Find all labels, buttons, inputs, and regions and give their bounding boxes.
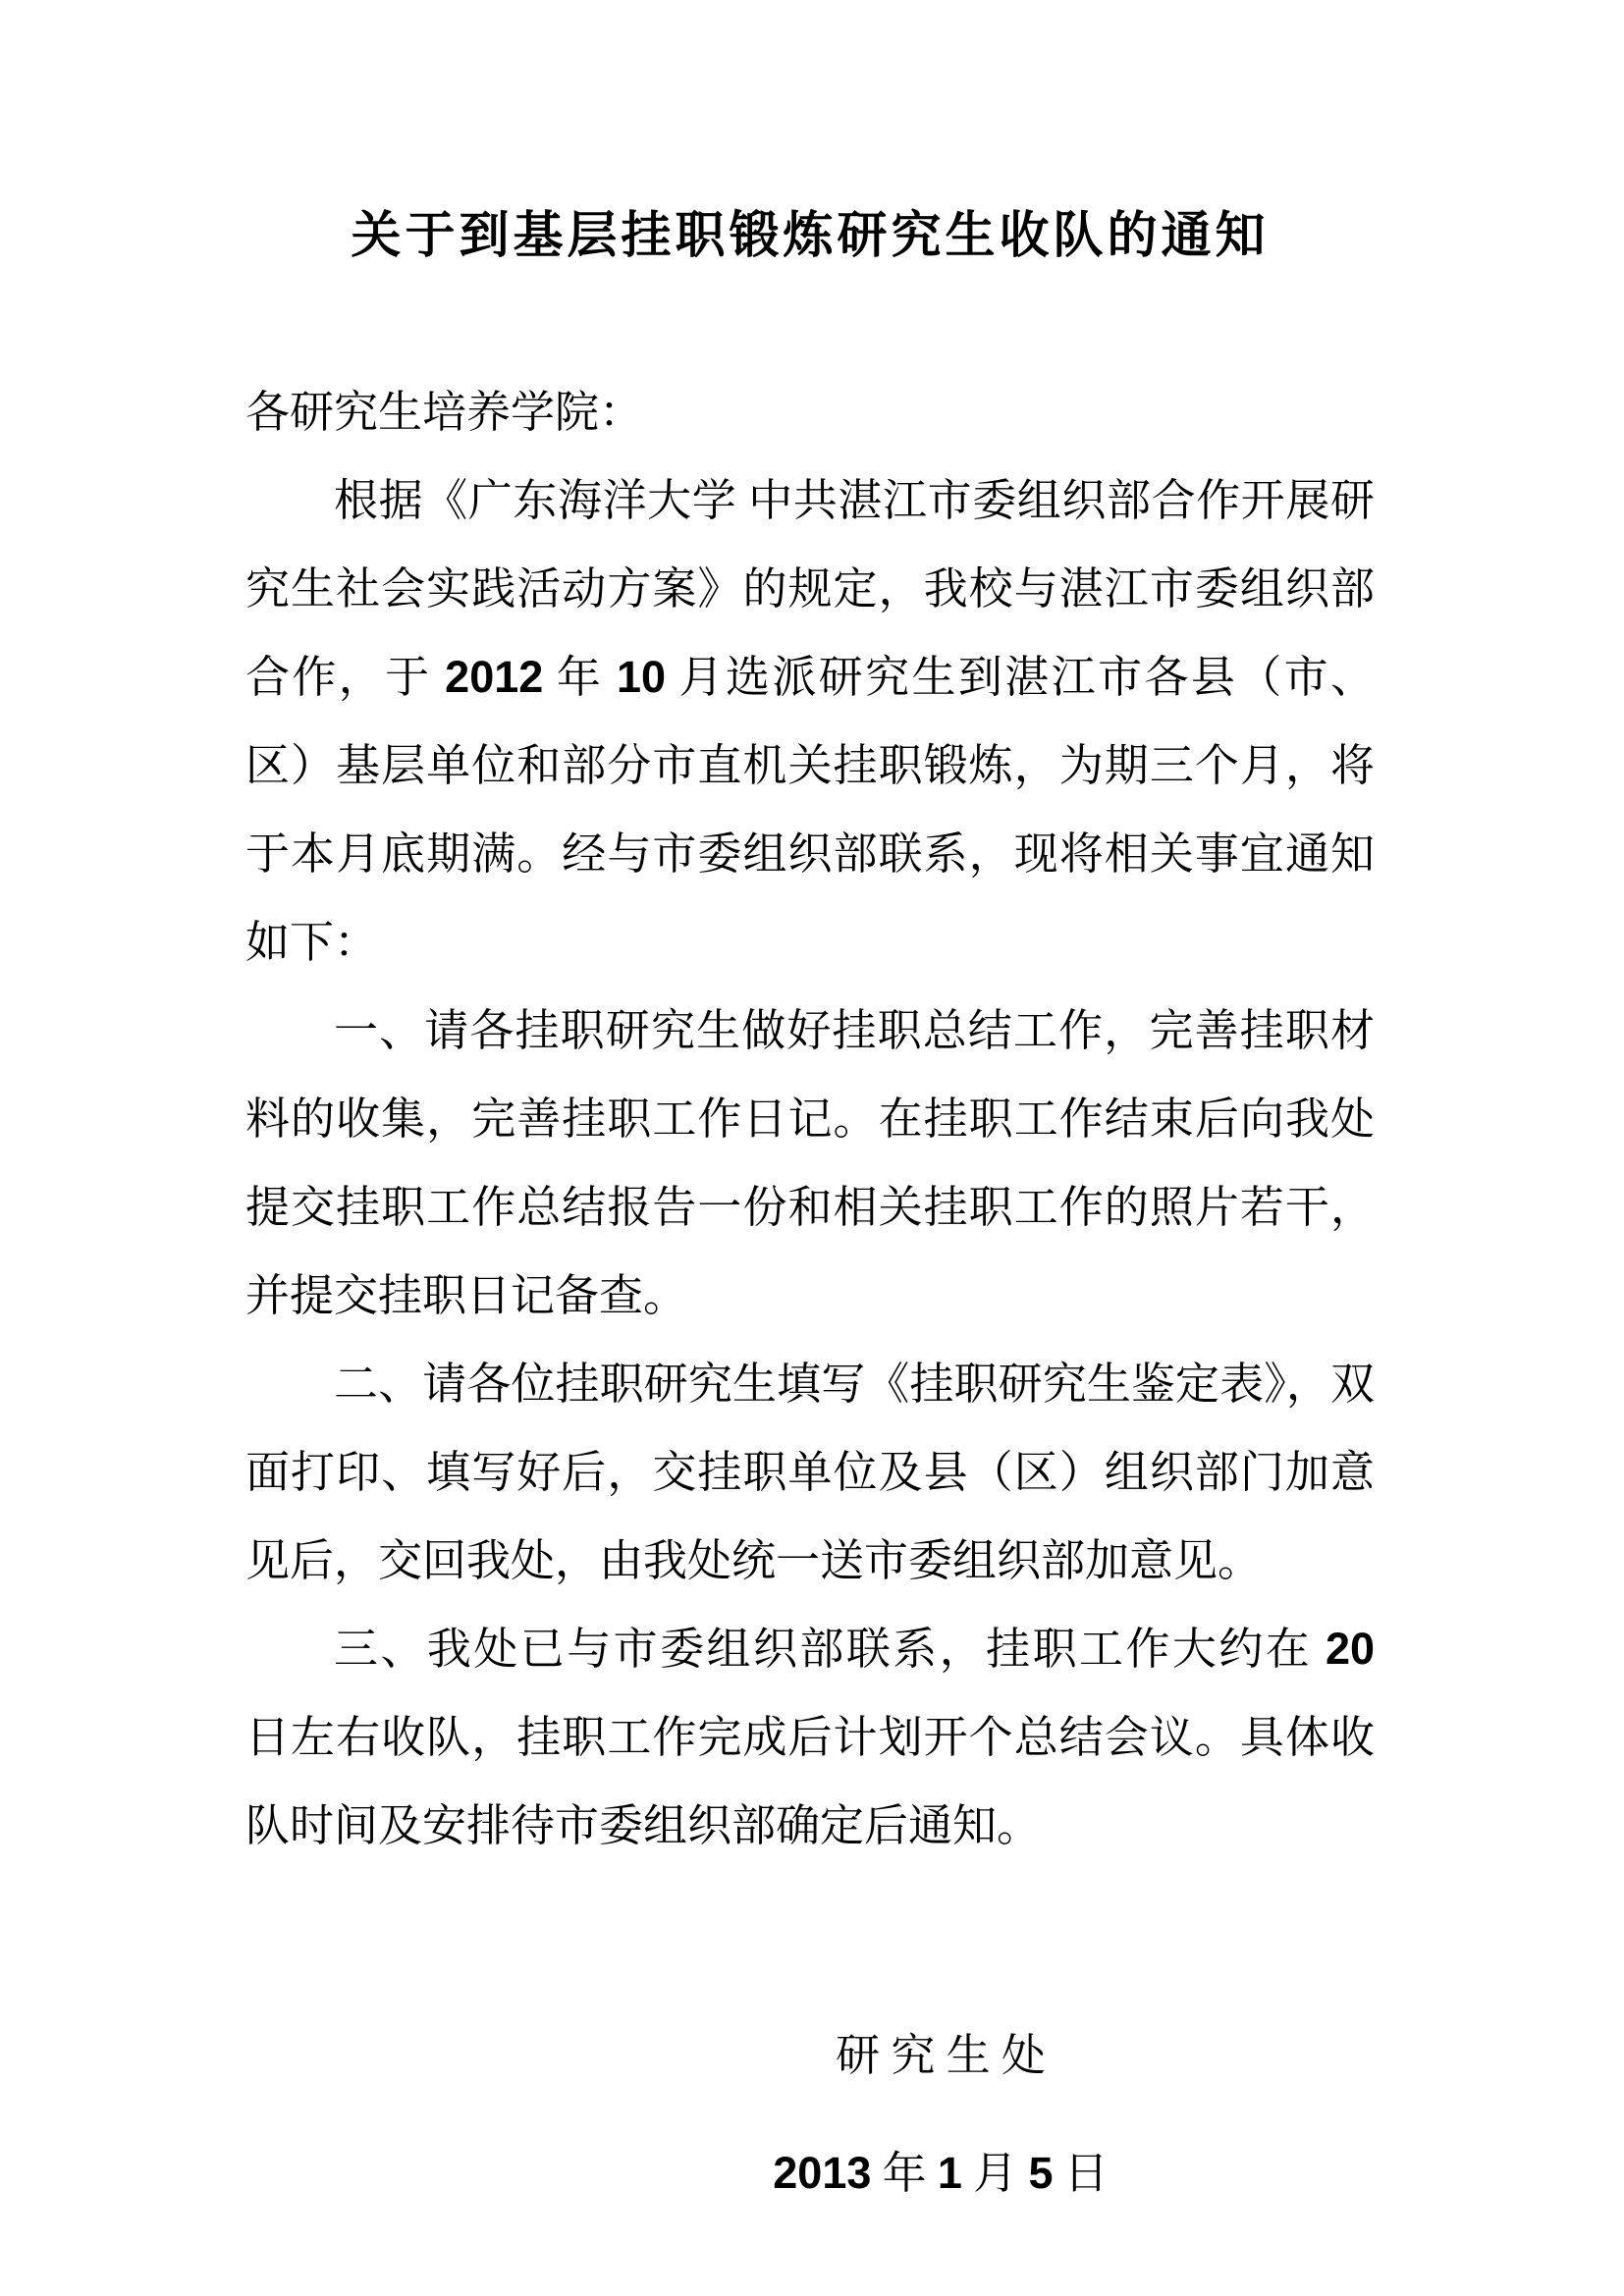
signature-department: 研 究 生 处 [376, 1997, 1505, 2114]
paragraph-item-1: 一、请各挂职研究生做好挂职总结工作，完善挂职材料的收集，完善挂职工作日记。在挂职… [245, 987, 1375, 1340]
paragraph-item-3: 三、我处已与市委组织部联系，挂职工作大约在 20 日左右收队，挂职工作完成后计划… [245, 1605, 1375, 1870]
paragraph-intro: 根据《广东海洋大学 中共湛江市委组织部合作开展研究生社会实践活动方案》的规定，我… [245, 456, 1375, 987]
signature-date: 2013 年 1 月 5 日 [376, 2114, 1505, 2232]
document-body: 各研究生培养学院： 根据《广东海洋大学 中共湛江市委组织部合作开展研究生社会实践… [245, 368, 1375, 1870]
document-title: 关于到基层挂职锻炼研究生收队的通知 [245, 201, 1375, 272]
notice-page: 关于到基层挂职锻炼研究生收队的通知 各研究生培养学院： 根据《广东海洋大学 中共… [0, 0, 1624, 2296]
paragraph-item-2: 二、请各位挂职研究生填写《挂职研究生鉴定表》，双面打印、填写好后，交挂职单位及县… [245, 1340, 1375, 1605]
salutation: 各研究生培养学院： [245, 368, 1375, 456]
signature-block: 研 究 生 处 2013 年 1 月 5 日 [376, 1997, 1505, 2232]
